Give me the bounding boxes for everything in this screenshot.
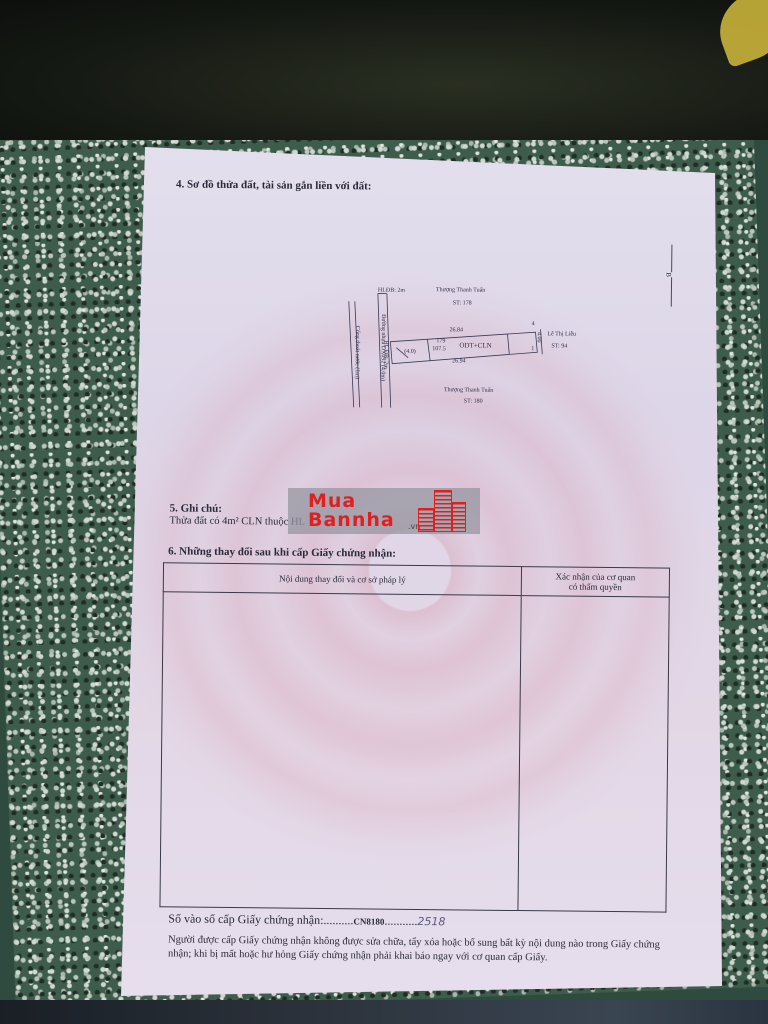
north-arrow-icon: B — [669, 245, 674, 307]
registry-number: CN8180 — [353, 916, 384, 926]
building-icon — [434, 490, 452, 532]
col-header-confirmation: Xác nhận của cơ quan có thẩm quyền — [521, 567, 669, 598]
section-5-title: 5. Ghi chú: — [170, 502, 222, 515]
hldb-label: HLĐB: 2m — [378, 288, 405, 294]
bottom-length: 26.94 — [452, 358, 466, 364]
north-neighbor-parcel: ST: 178 — [453, 300, 472, 306]
changes-confirmation-cell — [518, 596, 669, 913]
note-text: Thửa đất có 4m² CLN thuộc HL — [169, 515, 305, 527]
easement-width: (4.0) — [404, 349, 416, 355]
warning-text: Người được cấp Giấy chứng nhận không đượ… — [168, 933, 678, 966]
corner-bottom-right: 1 — [531, 346, 534, 352]
col-header-content: Nội dung thay đổi và cơ sở pháp lý — [163, 563, 521, 596]
north-neighbor-name: Thượng Thanh Tuấn — [436, 287, 485, 294]
east-width: 4.00 — [536, 332, 542, 343]
muabannha-watermark-logo: Mua Bannha .vn — [288, 488, 480, 534]
building-icon — [418, 508, 434, 532]
section-4-title: 4. Sơ đồ thửa đất, tài sản gắn liền với … — [176, 178, 372, 192]
south-neighbor-parcel: ST: 180 — [464, 398, 483, 404]
logo-line2: Bannha — [308, 509, 395, 531]
section-6-title: 6. Những thay đổi sau khi cấp Giấy chứng… — [168, 545, 396, 559]
east-neighbor-name: Lê Thị Liễu — [547, 331, 576, 337]
east-neighbor-parcel: ST: 94 — [551, 343, 567, 349]
building-icon — [452, 502, 466, 532]
registry-label: Số vào sổ cấp Giấy chứng nhận: — [168, 911, 323, 927]
west-label: HL ĐB: 2m — [382, 340, 388, 369]
drain-label: Cống thoát nước (1m) — [354, 326, 361, 379]
parcel-number: 179 — [436, 338, 445, 344]
land-type: ODT+CLN — [459, 341, 491, 349]
top-length: 26.84 — [449, 327, 463, 333]
parcel-area: 107.5 — [432, 346, 446, 352]
changes-content-cell — [160, 592, 521, 911]
changes-table: Nội dung thay đổi và cơ sở pháp lý Xác n… — [159, 562, 670, 912]
south-neighbor-name: Thượng Thanh Tuấn — [444, 387, 493, 394]
corner-top-right: 4 — [532, 321, 535, 327]
registry-line: Số vào sổ cấp Giấy chứng nhận:..........… — [168, 911, 445, 929]
registry-handwritten: 2518 — [417, 915, 445, 928]
